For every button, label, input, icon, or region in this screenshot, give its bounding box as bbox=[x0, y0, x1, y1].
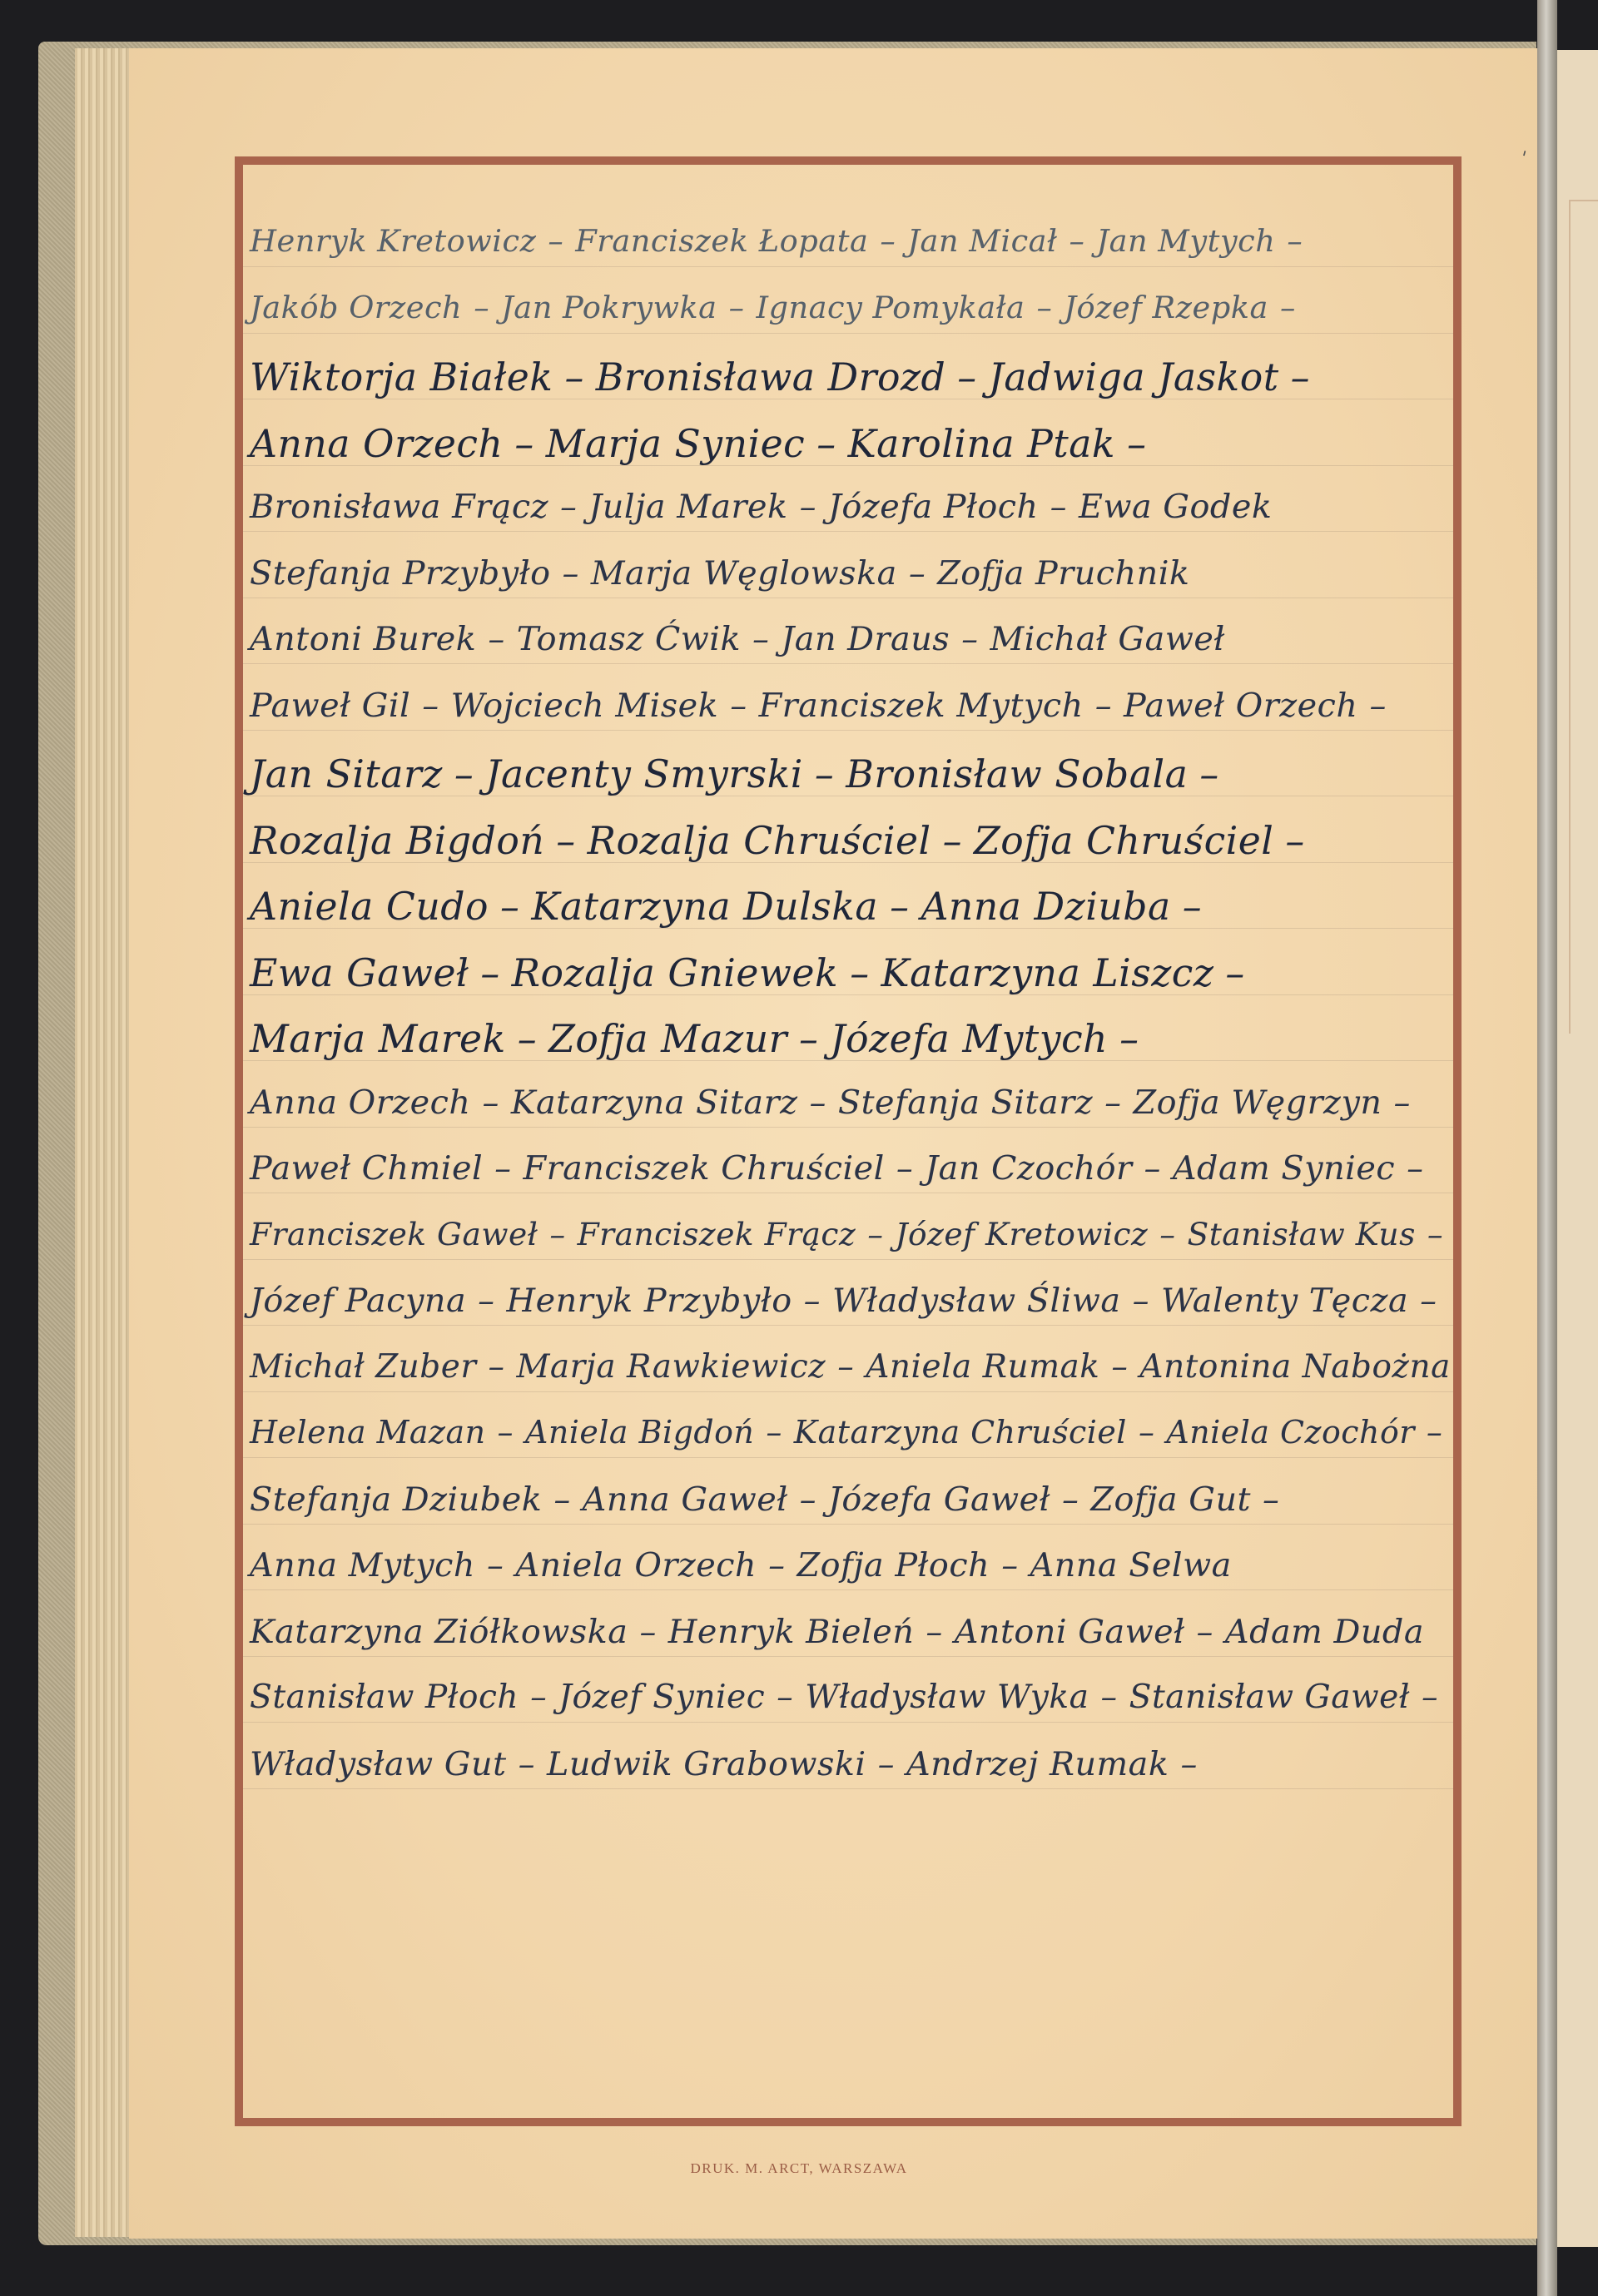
person-name: Michał Zuber bbox=[250, 1348, 476, 1386]
dash-separator: – bbox=[1225, 951, 1244, 995]
dash-separator: – bbox=[519, 1745, 535, 1783]
dash-separator: – bbox=[482, 1084, 499, 1122]
dash-separator: – bbox=[1280, 290, 1296, 325]
dash-separator: – bbox=[880, 223, 896, 259]
dash-separator: – bbox=[530, 1679, 547, 1716]
name-line: Stanisław Płoch–Józef Syniec–Władysław W… bbox=[250, 1679, 1457, 1716]
person-name: Stefanja Dziubek bbox=[250, 1480, 542, 1519]
person-name: Władysław Gut bbox=[250, 1745, 507, 1783]
person-name: Stanisław Kus bbox=[1188, 1216, 1416, 1252]
book-gutter bbox=[1537, 0, 1557, 2296]
person-name: Ewa Gaweł bbox=[250, 951, 469, 995]
dash-separator: – bbox=[514, 422, 533, 466]
person-name: Antoni Gaweł bbox=[955, 1613, 1185, 1651]
person-name: Anna Orzech bbox=[250, 422, 503, 466]
dash-separator: – bbox=[1139, 1414, 1154, 1450]
person-name: Walenty Tęcza bbox=[1161, 1282, 1408, 1320]
person-name: Katarzyna Chruściel bbox=[794, 1414, 1127, 1450]
dash-separator: – bbox=[926, 1613, 942, 1651]
name-line: Henryk Kretowicz–Franciszek Łopata–Jan M… bbox=[250, 223, 1457, 259]
dash-separator: – bbox=[943, 819, 962, 863]
name-line: Anna Orzech–Marja Syniec–Karolina Ptak– bbox=[250, 422, 1457, 466]
person-name: Marja Marek bbox=[250, 1017, 506, 1061]
dash-separator: – bbox=[564, 355, 583, 399]
person-name: Jan Sitarz bbox=[250, 752, 443, 796]
dash-separator: – bbox=[961, 620, 978, 658]
person-name: Julja Marek bbox=[588, 488, 787, 526]
name-line: Katarzyna Ziółkowska–Henryk Bieleń–Anton… bbox=[250, 1613, 1457, 1651]
person-name: Franciszek Mytych bbox=[759, 687, 1084, 725]
ruled-line bbox=[243, 1325, 1453, 1326]
dash-separator: – bbox=[1427, 1414, 1442, 1450]
person-name: Antoni Burek bbox=[250, 620, 476, 658]
dash-separator: – bbox=[1119, 1017, 1139, 1061]
person-name: Aniela Cudo bbox=[250, 885, 489, 929]
dash-separator: – bbox=[1159, 1216, 1175, 1252]
page-stack-edge bbox=[75, 48, 133, 2237]
name-line: Anna Mytych–Aniela Orzech–Zofja Płoch–An… bbox=[250, 1546, 1457, 1584]
dash-separator: – bbox=[890, 885, 909, 929]
person-name: Aniela Czochór bbox=[1166, 1414, 1415, 1450]
dash-separator: – bbox=[768, 1546, 785, 1584]
dash-separator: – bbox=[488, 1348, 504, 1386]
person-name: Marja Rawkiewicz bbox=[516, 1348, 826, 1386]
dash-separator: – bbox=[1069, 223, 1084, 259]
person-name: Stanisław Gaweł bbox=[1129, 1679, 1410, 1716]
dash-separator: – bbox=[896, 1149, 913, 1188]
dash-separator: – bbox=[878, 1745, 895, 1783]
dash-separator: – bbox=[1369, 687, 1386, 725]
dash-separator: – bbox=[777, 1679, 793, 1716]
name-line: Władysław Gut–Ludwik Grabowski–Andrzej R… bbox=[250, 1745, 1457, 1783]
dash-separator: – bbox=[474, 290, 489, 325]
name-line: Helena Mazan–Aniela Bigdoń–Katarzyna Chr… bbox=[250, 1414, 1457, 1450]
person-name: Józefa Mytych bbox=[830, 1017, 1108, 1061]
person-name: Bronisława Frącz bbox=[250, 488, 548, 526]
name-line: Stefanja Dziubek–Anna Gaweł–Józefa Gaweł… bbox=[250, 1480, 1457, 1519]
person-name: Paweł Chmiel bbox=[250, 1149, 483, 1188]
name-line: Paweł Chmiel–Franciszek Chruściel–Jan Cz… bbox=[250, 1149, 1457, 1188]
ruled-line bbox=[243, 531, 1453, 532]
name-line: Michał Zuber–Marja Rawkiewicz–Aniela Rum… bbox=[250, 1348, 1457, 1386]
person-name: Jacenty Smyrski bbox=[485, 752, 803, 796]
person-name: Franciszek Łopata bbox=[575, 223, 868, 259]
person-name: Tomasz Ćwik bbox=[517, 620, 741, 658]
person-name: Jan Draus bbox=[781, 620, 950, 658]
name-line: Ewa Gaweł–Rozalja Gniewek–Katarzyna Lisz… bbox=[250, 951, 1457, 995]
person-name: Ignacy Pomykała bbox=[756, 290, 1025, 325]
name-line: Bronisława Frącz–Julja Marek–Józefa Płoc… bbox=[250, 488, 1457, 526]
dash-separator: – bbox=[556, 819, 575, 863]
person-name: Stefanja Przybyło bbox=[250, 554, 551, 593]
dash-separator: – bbox=[1144, 1149, 1161, 1188]
dash-separator: – bbox=[1050, 488, 1067, 526]
dash-separator: – bbox=[549, 1216, 565, 1252]
name-line: Józef Pacyna–Henryk Przybyło–Władysław Ś… bbox=[250, 1282, 1457, 1320]
person-name: Józef Rzepka bbox=[1064, 290, 1268, 325]
dash-separator: – bbox=[1291, 355, 1310, 399]
person-name: Jan Mytych bbox=[1096, 223, 1275, 259]
dash-separator: – bbox=[498, 1414, 514, 1450]
person-name: Józefa Gaweł bbox=[828, 1480, 1050, 1519]
dash-separator: – bbox=[1062, 1480, 1079, 1519]
ruled-line bbox=[243, 1722, 1453, 1723]
person-name: Wiktorja Białek bbox=[250, 355, 553, 399]
dash-separator: – bbox=[518, 1017, 537, 1061]
person-name: Henryk Przybyło bbox=[507, 1282, 792, 1320]
name-line: Jakób Orzech–Jan Pokrywka–Ignacy Pomykał… bbox=[250, 290, 1457, 325]
dash-separator: – bbox=[639, 1613, 656, 1651]
dash-separator: – bbox=[815, 752, 834, 796]
ruled-line bbox=[243, 1259, 1453, 1260]
person-name: Adam Duda bbox=[1225, 1613, 1424, 1651]
dash-separator: – bbox=[909, 554, 926, 593]
dash-separator: – bbox=[1111, 1348, 1128, 1386]
dash-separator: – bbox=[1285, 819, 1304, 863]
person-name: Józefa Płoch bbox=[828, 488, 1039, 526]
dash-separator: – bbox=[804, 1282, 821, 1320]
name-line: Marja Marek–Zofja Mazur–Józefa Mytych– bbox=[250, 1017, 1457, 1061]
dash-separator: – bbox=[1001, 1546, 1018, 1584]
person-name: Paweł Orzech bbox=[1124, 687, 1357, 725]
person-name: Aniela Bigdoń bbox=[525, 1414, 754, 1450]
person-name: Anna Selwa bbox=[1030, 1546, 1232, 1584]
person-name: Marja Węglowska bbox=[591, 554, 897, 593]
person-name: Helena Mazan bbox=[250, 1414, 486, 1450]
dash-separator: – bbox=[1180, 1745, 1197, 1783]
dash-separator: – bbox=[816, 422, 836, 466]
dash-separator: – bbox=[1427, 1216, 1443, 1252]
dash-separator: – bbox=[810, 1084, 826, 1122]
ruled-line bbox=[243, 1127, 1453, 1128]
person-name: Rozalja Gniewek bbox=[512, 951, 839, 995]
printer-imprint: DRUK. M. ARCT, WARSZAWA bbox=[0, 2160, 1598, 2177]
dash-separator: – bbox=[752, 620, 769, 658]
person-name: Zofja Mazur bbox=[548, 1017, 787, 1061]
person-name: Franciszek Chruściel bbox=[524, 1149, 885, 1188]
name-line: Paweł Gil–Wojciech Misek–Franciszek Myty… bbox=[250, 687, 1457, 725]
person-name: Jadwiga Jaskot bbox=[989, 355, 1279, 399]
person-name: Katarzyna Ziółkowska bbox=[250, 1613, 628, 1651]
dash-separator: – bbox=[563, 554, 579, 593]
person-name: Katarzyna Dulska bbox=[531, 885, 878, 929]
dash-separator: – bbox=[480, 951, 499, 995]
ruled-line bbox=[243, 730, 1453, 731]
person-name: Józef Syniec bbox=[558, 1679, 765, 1716]
ruled-line bbox=[243, 1788, 1453, 1789]
ruled-line bbox=[243, 663, 1453, 664]
person-name: Bronisława Drozd bbox=[596, 355, 945, 399]
dash-separator: – bbox=[1197, 1613, 1213, 1651]
person-name: Anna Orzech bbox=[250, 1084, 470, 1122]
person-name: Jan Pokrywka bbox=[501, 290, 717, 325]
dash-separator: – bbox=[800, 1480, 816, 1519]
person-name: Stanisław Płoch bbox=[250, 1679, 519, 1716]
person-name: Katarzyna Sitarz bbox=[511, 1084, 798, 1122]
person-name: Jan Czochór bbox=[925, 1149, 1132, 1188]
person-name: Katarzyna Liszcz bbox=[881, 951, 1214, 995]
ruled-line bbox=[243, 1391, 1453, 1392]
dash-separator: – bbox=[1127, 422, 1146, 466]
next-page-decoration bbox=[1569, 200, 1598, 1034]
person-name: Karolina Ptak bbox=[848, 422, 1116, 466]
dash-separator: – bbox=[799, 1017, 818, 1061]
person-name: Ewa Godek bbox=[1079, 488, 1272, 526]
dash-separator: – bbox=[1394, 1084, 1411, 1122]
person-name: Józef Kretowicz bbox=[896, 1216, 1149, 1252]
dash-separator: – bbox=[422, 687, 439, 725]
person-name: Aniela Rumak bbox=[866, 1348, 1099, 1386]
next-page-edge bbox=[1557, 50, 1598, 2247]
ruled-line bbox=[243, 266, 1453, 267]
dash-separator: – bbox=[487, 1546, 504, 1584]
name-line: Rozalja Bigdoń–Rozalja Chruściel–Zofja C… bbox=[250, 819, 1457, 863]
dash-separator: – bbox=[837, 1348, 854, 1386]
ruled-line bbox=[243, 1656, 1453, 1657]
person-name: Rozalja Bigdoń bbox=[250, 819, 544, 863]
dash-separator: – bbox=[800, 488, 816, 526]
dash-separator: – bbox=[560, 488, 577, 526]
person-name: Zofja Gut bbox=[1090, 1480, 1251, 1519]
dash-separator: – bbox=[1104, 1084, 1121, 1122]
dash-separator: – bbox=[850, 951, 869, 995]
person-name: Michał Gaweł bbox=[990, 620, 1225, 658]
person-name: Adam Syniec bbox=[1173, 1149, 1395, 1188]
person-name: Henryk Kretowicz bbox=[250, 223, 536, 259]
person-name: Franciszek Frącz bbox=[578, 1216, 856, 1252]
dash-separator: – bbox=[730, 687, 747, 725]
person-name: Zofja Płoch bbox=[797, 1546, 990, 1584]
dash-separator: – bbox=[867, 1216, 883, 1252]
name-line: Aniela Cudo–Katarzyna Dulska–Anna Dziuba… bbox=[250, 885, 1457, 929]
person-name: Jakób Orzech bbox=[250, 290, 462, 325]
ruled-line bbox=[243, 1524, 1453, 1525]
person-name: Ludwik Grabowski bbox=[547, 1745, 866, 1783]
person-name: Marja Syniec bbox=[546, 422, 805, 466]
name-line: Franciszek Gaweł–Franciszek Frącz–Józef … bbox=[250, 1216, 1457, 1252]
name-line: Stefanja Przybyło–Marja Węglowska–Zofja … bbox=[250, 554, 1457, 593]
person-name: Władysław Wyka bbox=[805, 1679, 1089, 1716]
dash-separator: – bbox=[957, 355, 976, 399]
person-name: Jan Micał bbox=[907, 223, 1057, 259]
person-name: Zofja Chruściel bbox=[974, 819, 1273, 863]
dash-separator: – bbox=[1263, 1480, 1279, 1519]
dash-separator: – bbox=[1199, 752, 1218, 796]
person-name: Zofja Pruchnik bbox=[937, 554, 1189, 593]
person-name: Stefanja Sitarz bbox=[838, 1084, 1093, 1122]
name-line: Wiktorja Białek–Bronisława Drozd–Jadwiga… bbox=[250, 355, 1457, 399]
person-name: Wojciech Misek bbox=[451, 687, 719, 725]
dash-separator: – bbox=[478, 1282, 494, 1320]
dash-separator: – bbox=[1407, 1149, 1423, 1188]
dash-separator: – bbox=[1420, 1282, 1437, 1320]
person-name: Anna Gaweł bbox=[583, 1480, 788, 1519]
person-name: Andrzej Rumak bbox=[906, 1745, 1169, 1783]
dash-separator: – bbox=[494, 1149, 511, 1188]
dash-separator: – bbox=[500, 885, 519, 929]
dash-separator: – bbox=[766, 1414, 782, 1450]
name-line: Jan Sitarz–Jacenty Smyrski–Bronisław Sob… bbox=[250, 752, 1457, 796]
person-name: Władysław Śliwa bbox=[832, 1282, 1121, 1320]
person-name: Henryk Bieleń bbox=[668, 1613, 915, 1651]
person-name: Paweł Gil bbox=[250, 687, 410, 725]
dash-separator: – bbox=[1422, 1679, 1438, 1716]
name-line: Anna Orzech–Katarzyna Sitarz–Stefanja Si… bbox=[250, 1084, 1457, 1122]
person-name: Anna Mytych bbox=[250, 1546, 475, 1584]
dash-separator: – bbox=[1036, 290, 1052, 325]
dash-separator: – bbox=[553, 1480, 570, 1519]
ruled-line bbox=[243, 1457, 1453, 1458]
dash-separator: – bbox=[1095, 687, 1112, 725]
ruled-line bbox=[243, 333, 1453, 334]
dash-separator: – bbox=[1133, 1282, 1149, 1320]
dash-separator: – bbox=[1183, 885, 1202, 929]
person-name: Antonina Nabożna bbox=[1139, 1348, 1450, 1386]
dash-separator: – bbox=[454, 752, 474, 796]
ruled-line bbox=[243, 1589, 1453, 1590]
person-name: Zofja Węgrzyn bbox=[1133, 1084, 1382, 1122]
dash-separator: – bbox=[1101, 1679, 1118, 1716]
ruled-line bbox=[243, 1193, 1453, 1193]
person-name: Anna Dziuba bbox=[921, 885, 1170, 929]
name-line: Antoni Burek–Tomasz Ćwik–Jan Draus–Micha… bbox=[250, 620, 1457, 658]
dash-separator: – bbox=[1287, 223, 1303, 259]
dash-separator: – bbox=[729, 290, 745, 325]
dash-separator: – bbox=[488, 620, 504, 658]
person-name: Bronisław Sobala bbox=[846, 752, 1188, 796]
person-name: Rozalja Chruściel bbox=[588, 819, 931, 863]
person-name: Józef Pacyna bbox=[250, 1282, 466, 1320]
ruled-line bbox=[243, 598, 1453, 598]
person-name: Franciszek Gaweł bbox=[250, 1216, 538, 1252]
dash-separator: – bbox=[548, 223, 563, 259]
person-name: Aniela Orzech bbox=[515, 1546, 757, 1584]
